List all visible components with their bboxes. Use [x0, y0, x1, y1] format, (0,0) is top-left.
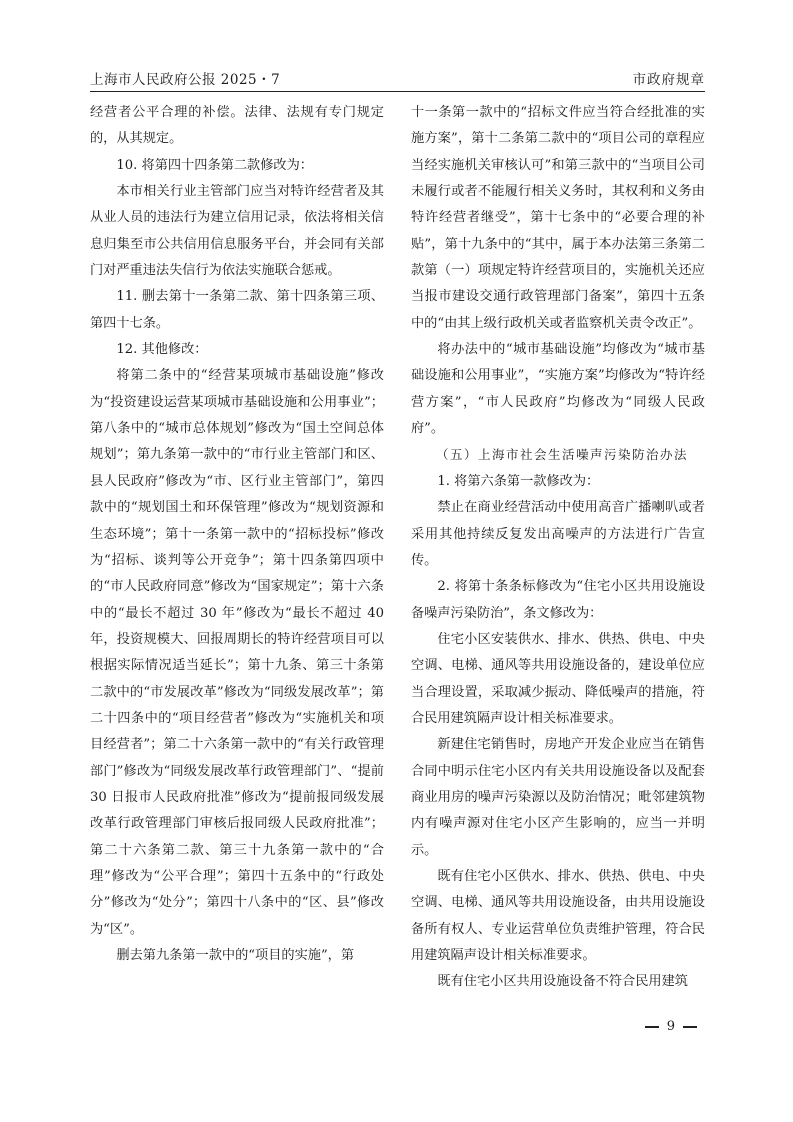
paragraph: 新建住宅销售时，房地产开发企业应当在销售合同中明示住宅小区内有关共用设施设备以及… [411, 732, 705, 864]
paragraph: 十一条第一款中的“招标文件应当符合经批准的实施方案”，第十二条第二款中的“项目公… [411, 100, 705, 337]
right-column: 十一条第一款中的“招标文件应当符合经批准的实施方案”，第十二条第二款中的“项目公… [411, 100, 705, 996]
paragraph: 既有住宅小区供水、排水、供热、供电、中央空调、电梯、通风等共用设施设备，由共用设… [411, 864, 705, 969]
publication-title: 上海市人民政府公报 2025・7 [90, 68, 280, 88]
paragraph: 将第二条中的“经营某项城市基础设施”修改为“投资建设运营某项城市基础设施和公用事… [90, 363, 384, 943]
list-item: 12. 其他修改： [90, 337, 384, 363]
running-header: 上海市人民政府公报 2025・7 市政府规章 [90, 66, 705, 90]
page-number: 9 [620, 1019, 705, 1034]
paragraph: 将办法中的“城市基础设施”均修改为“城市基础设施和公用事业”，“实施方案”均修改… [411, 337, 705, 442]
list-item: 2. 将第十条条标修改为“住宅小区共用设施设备噪声污染防治”，条文修改为： [411, 574, 705, 627]
dash-right [683, 1026, 697, 1028]
dash-left [645, 1026, 659, 1028]
paragraph: 本市相关行业主管部门应当对特许经营者及其从业人员的违法行为建立信用记录，依法将相… [90, 179, 384, 284]
list-item: 1. 将第六条第一款修改为： [411, 469, 705, 495]
paragraph: 禁止在商业经营活动中使用高音广播喇叭或者采用其他持续反复发出高噪声的方法进行广告… [411, 495, 705, 574]
section-heading: （五）上海市社会生活噪声污染防治办法 [411, 442, 705, 468]
paragraph: 删去第九条第一款中的“项目的实施”，第 [90, 943, 384, 969]
header-rule [90, 91, 705, 92]
paragraph: 经营者公平合理的补偿。法律、法规有专门规定的，从其规定。 [90, 100, 384, 153]
list-item: 11. 删去第十一条第二款、第十四条第三项、第四十七条。 [90, 284, 384, 337]
paragraph: 既有住宅小区共用设施设备不符合民用建筑 [411, 969, 705, 995]
paragraph: 住宅小区安装供水、排水、供热、供电、中央空调、电梯、通风等共用设施设备的，建设单… [411, 627, 705, 732]
section-title: 市政府规章 [633, 68, 706, 88]
list-item: 10. 将第四十四条第二款修改为： [90, 153, 384, 179]
left-column: 经营者公平合理的补偿。法律、法规有专门规定的，从其规定。 10. 将第四十四条第… [90, 100, 384, 969]
page-number-value: 9 [667, 1019, 675, 1034]
